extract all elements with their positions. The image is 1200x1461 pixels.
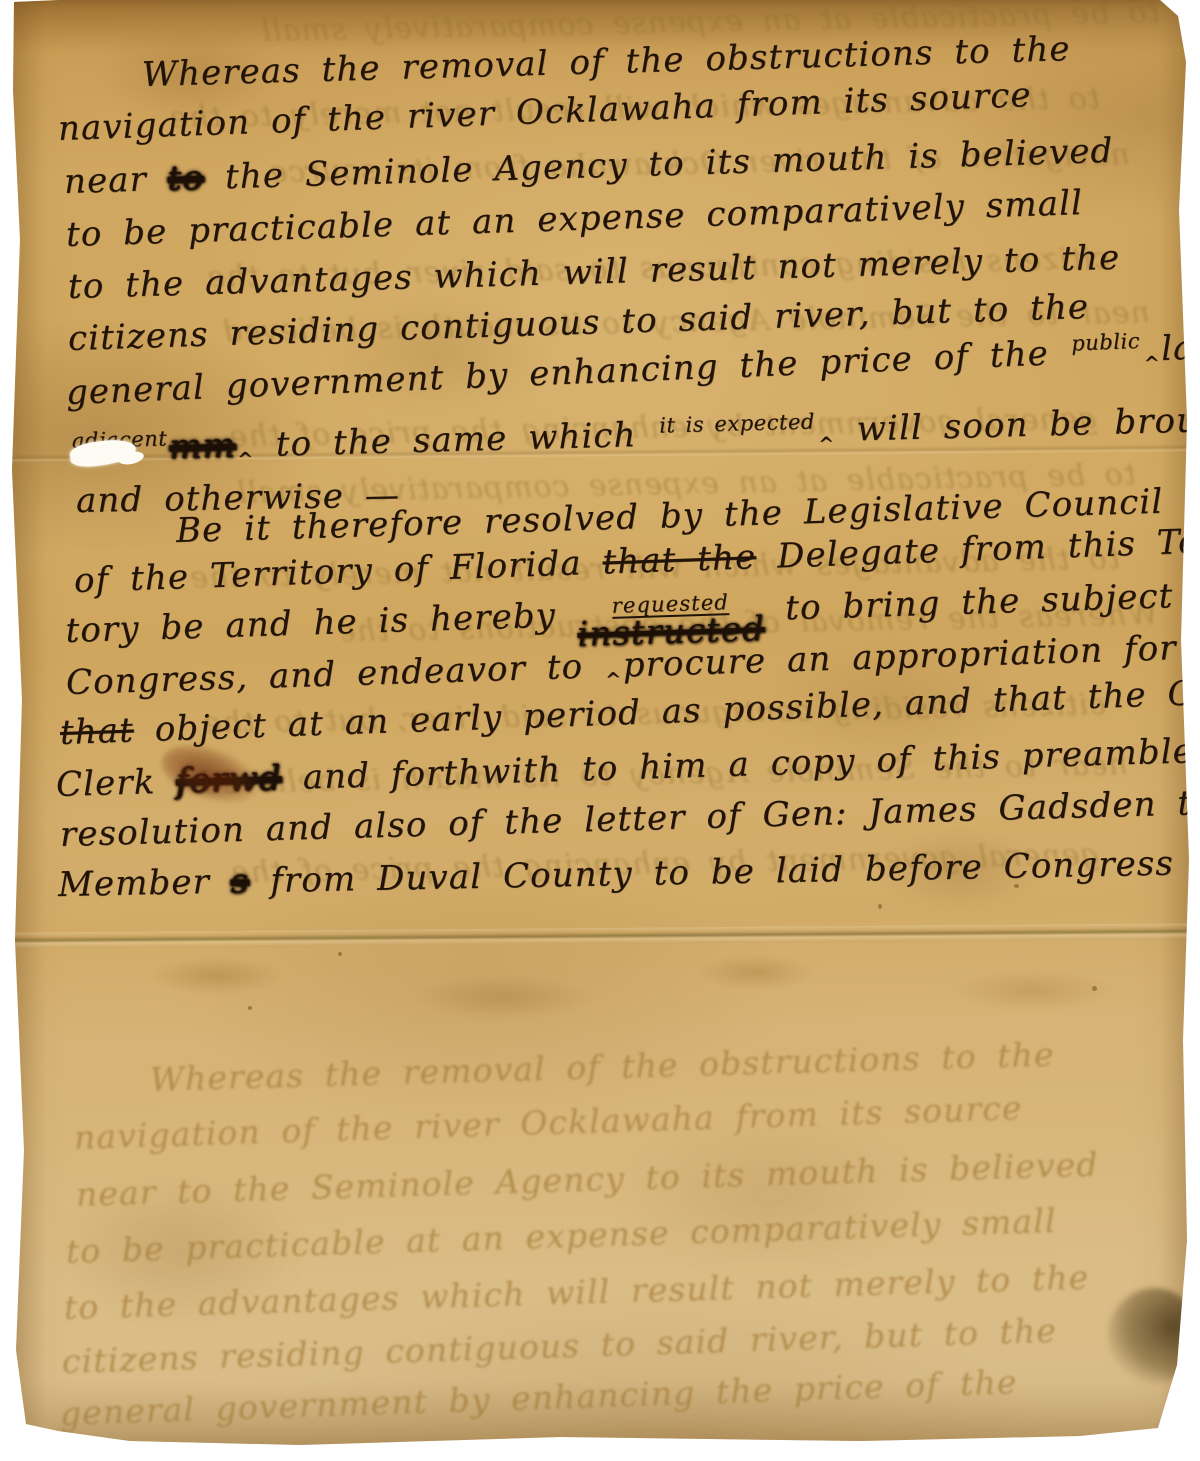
manuscript-text-segment: Member	[58, 862, 232, 905]
blotted-word: to	[167, 158, 205, 199]
inserted-word: it is expected	[659, 408, 815, 437]
manuscript-text-segment: tory be and he is hereby	[65, 595, 577, 651]
inserted-word: public	[1071, 328, 1141, 356]
struck-word: that	[59, 710, 134, 753]
manuscript-text-segment: of the Territory of Florida	[73, 543, 603, 601]
manuscript-text-segment: to the same which	[254, 415, 658, 466]
manuscript-page: to be practicable at an expense comparat…	[0, 0, 1200, 1461]
blotted-word: mm	[169, 426, 237, 468]
manuscript-text-segment: lands	[1160, 325, 1200, 369]
manuscript-text-segment: to bring the subject before	[764, 572, 1200, 629]
caret-mark: ^	[1144, 352, 1162, 375]
blotted-word: forwd	[176, 758, 283, 801]
manuscript-text-segment: from Duval County to be laid before Cong…	[249, 844, 1174, 902]
manuscript-text-segment: Clerk	[55, 761, 176, 805]
blotted-word: s	[230, 861, 249, 901]
manuscript-text-segment: near	[63, 159, 168, 202]
manuscript-line: Member s from Duval County to be laid be…	[58, 844, 1175, 905]
inserted-word: adjacent	[71, 425, 167, 452]
caret-mark: ^	[237, 449, 254, 471]
struck-word: that the	[602, 537, 757, 582]
caret-mark: ^	[818, 433, 835, 455]
document-scan: to be practicable at an expense comparat…	[0, 0, 1200, 1461]
caret-mark: ^	[605, 669, 622, 692]
paper-loss-patch	[0, 252, 10, 286]
manuscript-text-segment: will soon be brought into market;	[835, 392, 1200, 450]
